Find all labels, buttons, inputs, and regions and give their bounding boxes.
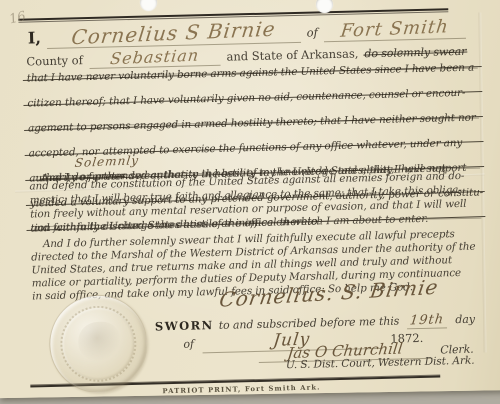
struck-oath-intro: do solemnly swear — [364, 45, 466, 60]
state-text: and State of Arkansas, — [226, 46, 358, 63]
opening-word: I, — [28, 28, 42, 47]
place-blank: Fort Smith — [323, 17, 465, 42]
embossed-court-seal-icon — [48, 294, 148, 394]
printer-imprint: PATRIOT PRINT, Fort Smith Ark. — [162, 383, 320, 395]
day-filled-handwriting: 19th — [409, 312, 445, 328]
struck-oath-line: agement to persons engaged in armed host… — [28, 112, 478, 135]
document-content: 16 I, Cornelius S Birnie of Fort Smith C… — [25, 0, 485, 404]
of-label-2: of — [183, 338, 194, 351]
sworn-label: SWORN — [155, 318, 214, 333]
county-blank: Sebastian — [89, 46, 221, 69]
insertion-handwriting: Solemnly — [74, 153, 140, 170]
place-filled-handwriting: Fort Smith — [339, 16, 450, 42]
deponent-signature: Cornelius. S. Birnie — [220, 279, 438, 308]
scanned-document-page: 16 I, Cornelius S Birnie of Fort Smith C… — [0, 0, 500, 404]
county-label: County of — [26, 53, 83, 68]
struck-oath-line: citizen thereof; that I have voluntarily… — [27, 87, 477, 110]
county-filled-handwriting: Sebastian — [109, 46, 200, 69]
day-label: day — [455, 313, 475, 326]
of-label: of — [306, 25, 318, 39]
